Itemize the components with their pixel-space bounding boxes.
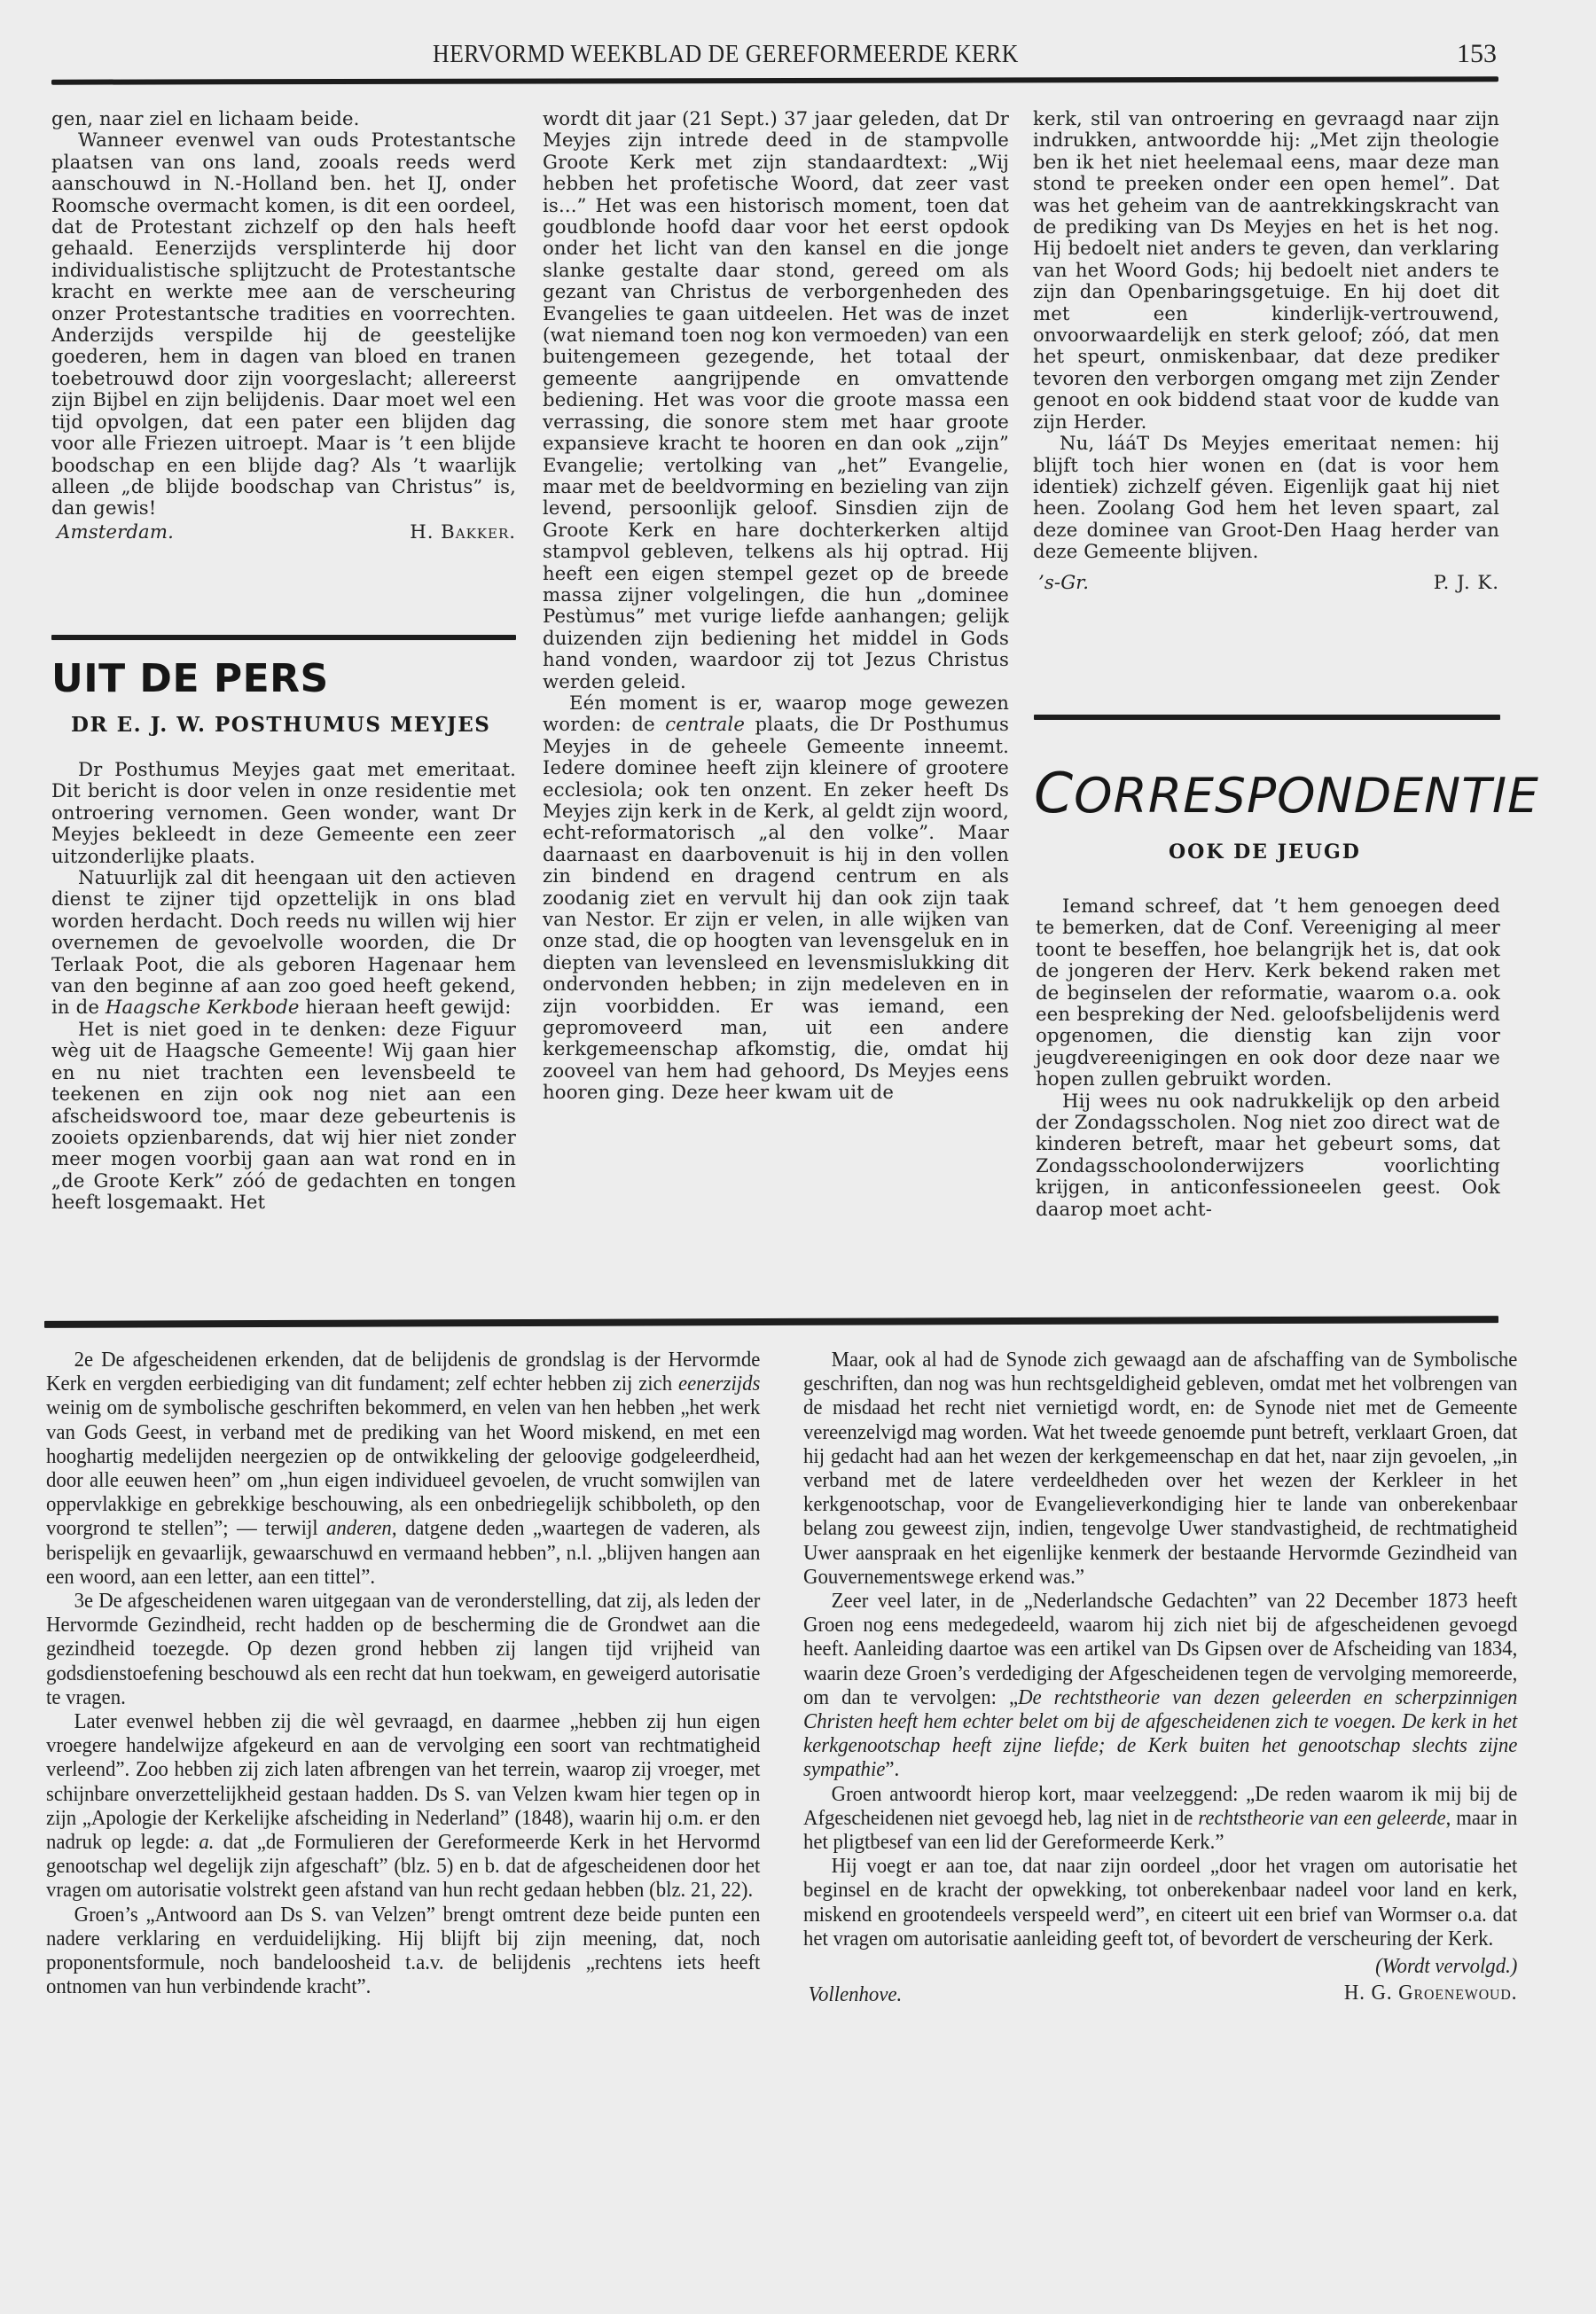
- paragraph: Dr Posthumus Meyjes gaat met emeritaat. …: [51, 759, 516, 867]
- paragraph: Zeer veel later, in de „Nederlandsche Ge…: [803, 1589, 1517, 1782]
- lower-article-right-column: Maar, ook al had de Synode zich gewaagd …: [803, 1348, 1517, 2007]
- paragraph: Groen antwoordt hierop kort, maar veelze…: [803, 1782, 1517, 1855]
- page-divider-rule: [44, 1316, 1498, 1328]
- paragraph-text: hieraan heeft gewijd:: [306, 996, 512, 1018]
- signoff-place: ’s-Gr.: [1033, 572, 1089, 593]
- italic-text: anderen: [326, 1516, 392, 1540]
- author-rest: roenewoud.: [1414, 1981, 1518, 2005]
- uit-de-pers-column-2: wordt dit jaar (21 Sept.) 37 jaar gelede…: [543, 108, 1009, 1104]
- paragraph: Later evenwel hebben zij die wèl gevraag…: [46, 1709, 760, 1903]
- paragraph: Eén moment is er, waarop moge gewezen wo…: [543, 692, 1009, 1104]
- paragraph: Maar, ook al had de Synode zich gewaagd …: [803, 1348, 1517, 1589]
- paragraph: Hij voegt er aan toe, dat naar zijn oord…: [803, 1854, 1517, 1950]
- paragraph: Iemand schreef, dat ’t hem genoegen deed…: [1036, 895, 1500, 1091]
- paragraph-text: ”.: [885, 1757, 899, 1781]
- italic-text: eenerzijds: [678, 1372, 760, 1395]
- paragraph: Groen’s „Antwoord aan Ds S. van Velzen” …: [46, 1903, 760, 1999]
- paragraph: Natuurlijk zal dit heengaan uit den acti…: [51, 867, 516, 1019]
- author-initial: H. B: [410, 520, 456, 543]
- paragraph: Het is niet goed in te denken: deze Figu…: [51, 1019, 516, 1214]
- uit-de-pers-column-3: kerk, stil van ontroering en gevraagd na…: [1033, 108, 1499, 593]
- uit-de-pers-column-1: Dr Posthumus Meyjes gaat met emeritaat. …: [51, 759, 516, 1214]
- paragraph: Nu, lááT Ds Meyjes emeritaat nemen: hij …: [1033, 433, 1499, 562]
- article-signoff: (Wordt vervolgd.) Vollenhove. H. G. Groe…: [803, 1954, 1517, 2007]
- heading-rest: ORRESPONDENTIE: [1074, 768, 1539, 824]
- italic-text: a.: [199, 1830, 214, 1854]
- section-heading-correspondentie: CORRESPONDENTIE: [1034, 761, 1539, 825]
- article-signoff: Amsterdam. H. Bakker.: [51, 521, 516, 543]
- signoff-place: Amsterdam.: [51, 521, 174, 543]
- paragraph: Wanneer evenwel van ouds Protestantsche …: [51, 129, 516, 519]
- author-initials: H. G. G: [1344, 1981, 1414, 2005]
- paragraph: 3e De afgescheidenen waren uitgegaan van…: [46, 1589, 760, 1709]
- paragraph: 2e De afgescheidenen erkenden, dat de be…: [46, 1348, 760, 1589]
- magazine-page: HERVORMD WEEKBLAD DE GEREFORMEERDE KERK …: [0, 0, 1596, 2314]
- italic-word: centrale: [665, 713, 745, 735]
- signoff-place: Vollenhove.: [809, 1982, 903, 2006]
- section-rule: [1034, 715, 1500, 720]
- paragraph: kerk, stil van ontroering en gevraagd na…: [1033, 108, 1499, 433]
- article-signoff: ’s-Gr. P. J. K.: [1033, 572, 1499, 593]
- author-rest: akker.: [456, 520, 516, 543]
- paragraph: wordt dit jaar (21 Sept.) 37 jaar gelede…: [543, 108, 1009, 692]
- italic-text: rechtstheorie van een geleerde: [1198, 1806, 1445, 1830]
- signoff-author: H. G. Groenewoud.: [1344, 1981, 1518, 2005]
- article-subheading: DR E. J. W. POSTHUMUS MEYJES: [71, 713, 490, 737]
- section-heading-uit-de-pers: UIT DE PERS: [51, 656, 329, 701]
- paragraph-text: 2e De afgescheidenen erkenden, dat de be…: [46, 1348, 760, 1395]
- signoff-author: P. J. K.: [1434, 572, 1499, 593]
- section-rule: [51, 635, 516, 640]
- article-subheading: OOK DE JEUGD: [1169, 840, 1361, 864]
- paragraph: gen, naar ziel en lichaam beide.: [51, 108, 516, 129]
- signoff-author: H. Bakker.: [410, 521, 516, 543]
- paragraph-text: plaats, die Dr Posthumus Meyjes in de ge…: [543, 713, 1009, 1103]
- page-number: 153: [1457, 39, 1497, 69]
- paragraph: Hij wees nu ook nadrukkelijk op den arbe…: [1036, 1091, 1500, 1220]
- correspondentie-column: Iemand schreef, dat ’t hem genoegen deed…: [1036, 895, 1500, 1220]
- column-1-previous-article: gen, naar ziel en lichaam beide. Wanneer…: [51, 108, 516, 543]
- lower-article-left-column: 2e De afgescheidenen erkenden, dat de be…: [46, 1348, 760, 1998]
- continued-note: (Wordt vervolgd.): [1375, 1954, 1517, 1978]
- italic-source: Haagsche Kerkbode: [106, 996, 300, 1018]
- publication-title: HERVORMD WEEKBLAD DE GEREFORMEERDE KERK: [433, 41, 1019, 69]
- heading-initial: C: [1034, 761, 1074, 825]
